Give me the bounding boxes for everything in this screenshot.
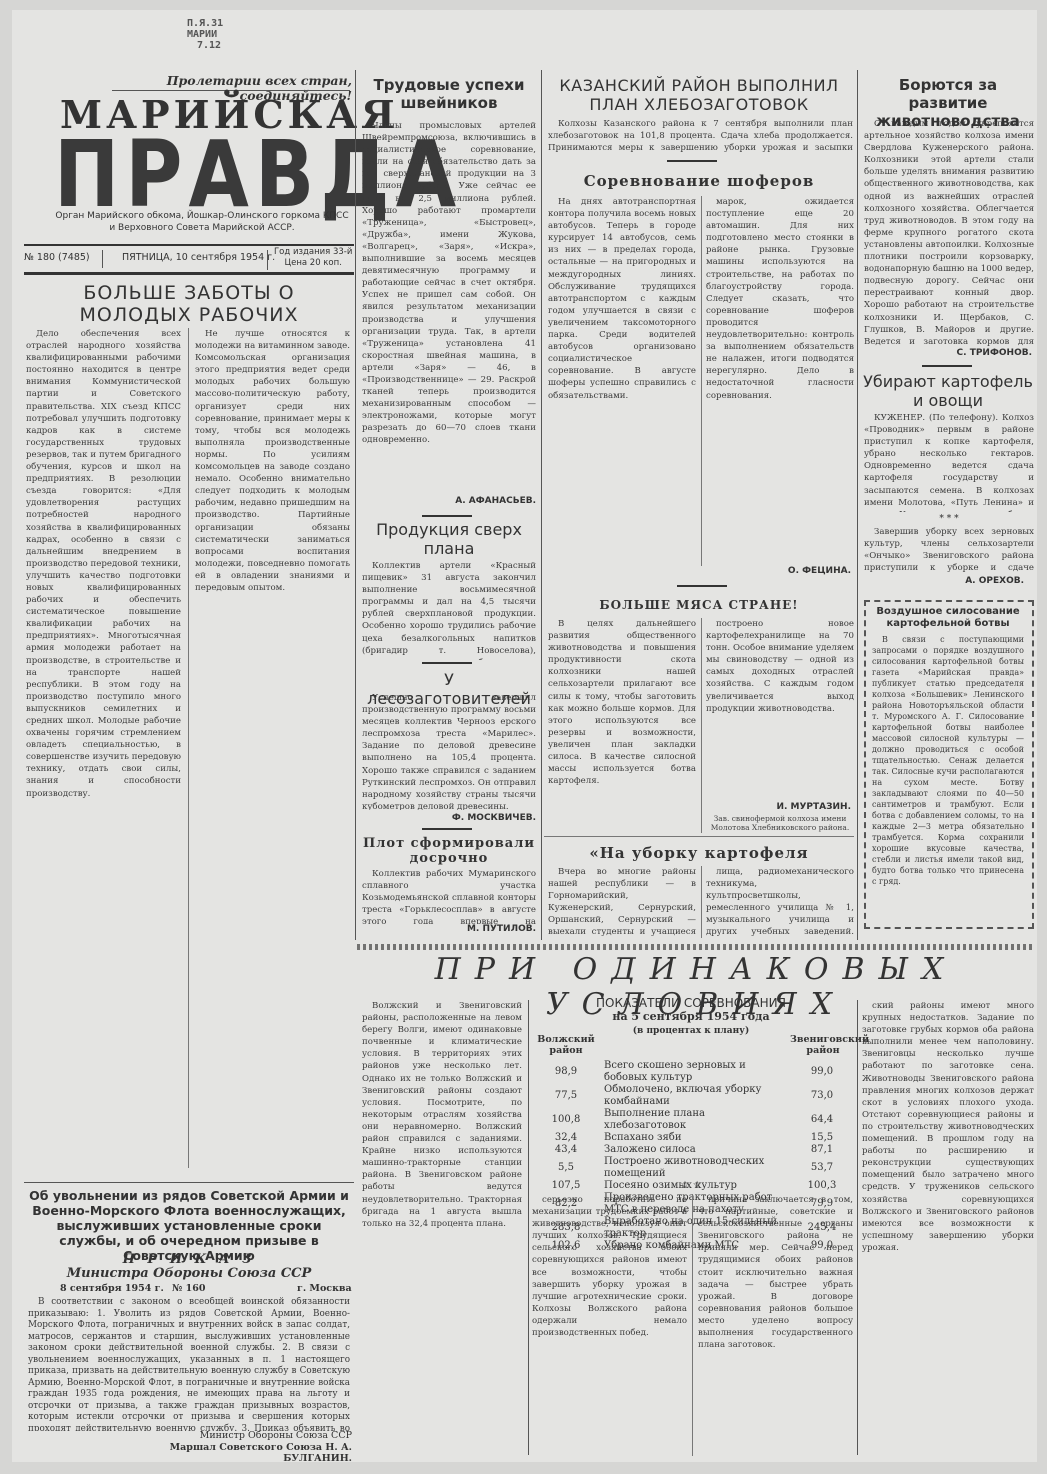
- masthead-organ: Орган Марийского обкома, Йошкар-Олинског…: [52, 210, 352, 234]
- article-drivers-col2: марок, ожидается поступление еще 20 авто…: [706, 196, 854, 548]
- value-zvenigovsky: 73,0: [788, 1084, 856, 1108]
- headline-kazansky: КАЗАНСКИЙ РАЙОН ВЫПОЛНИЛ ПЛАН ХЛЕБОЗАГОТ…: [544, 76, 854, 114]
- publication-info: Год издания 33-й Цена 20 коп.: [274, 247, 352, 269]
- value-zvenigovsky: 64,4: [788, 1108, 856, 1132]
- article-young-workers-col2: Не лучше относятся к молодежи на витамин…: [195, 328, 350, 1168]
- value-volzhsky: 32,4: [532, 1132, 600, 1144]
- article-equal-conditions-center1: серьезно поработать по механизации трудо…: [532, 1194, 687, 1456]
- issue-date: ПЯТНИЦА, 10 сентября 1954 г.: [122, 252, 275, 263]
- table-title: ПОКАЗАТЕЛИ СОРЕВНОВАНИЯ: [532, 996, 850, 1010]
- headline-potato-harvest: «На уборку картофеля: [544, 844, 854, 862]
- signature-note-meat: Зав. свинофермой колхоза имени Молотова …: [706, 814, 854, 832]
- value-zvenigovsky: 99,0: [788, 1060, 856, 1084]
- article-raft: Коллектив рабочих Мумаринского сплавного…: [362, 868, 536, 924]
- value-volzhsky: 98,9: [532, 1060, 600, 1084]
- table-row: 5,5Построено животноводческих помещений5…: [532, 1156, 856, 1180]
- signature-shoemakers: А. АФАНАСЬЕВ.: [362, 496, 536, 506]
- article-potato-harvest-col2: лища, радиомеханического техникума, куль…: [706, 866, 854, 938]
- article-equal-conditions-right: ский районы имеют много крупных недостат…: [862, 1000, 1034, 1455]
- article-young-workers-col1: Дело обеспечения всех отраслей народного…: [26, 328, 181, 1178]
- stamp-line: МАРИИ: [187, 29, 223, 40]
- headline-line: ПЛАН ХЛЕБОЗАГОТОВОК: [544, 95, 854, 114]
- article-potatoes-vegetables: КУЖЕНЕР. (По телефону). Колхоз «Проводни…: [864, 412, 1034, 512]
- article-meat-col2: построено новое картофелехранилище на 70…: [706, 618, 854, 798]
- signature-raft: М. ПУТИЛОВ.: [362, 924, 536, 934]
- price: Цена 20 коп.: [274, 258, 352, 269]
- order-subtitle: Министра Обороны Союза ССР: [26, 1266, 352, 1281]
- headline-above-plan: Продукция сверх плана: [360, 520, 538, 558]
- table-date: на 5 сентября 1954 года: [532, 1010, 850, 1023]
- table-row: 98,9Всего скошено зерновых и бобовых кул…: [532, 1060, 856, 1084]
- signature-potatoes: А. ОРЕХОВ.: [864, 576, 1024, 586]
- article-equal-conditions-center2: причина заключается в том, что партийные…: [698, 1194, 853, 1456]
- signature-drivers: О. ФЕЦИНА.: [706, 566, 851, 576]
- value-volzhsky: 100,8: [532, 1108, 600, 1132]
- table-row: 100,8Выполнение плана хлебозаготовок64,4: [532, 1108, 856, 1132]
- article-equal-conditions-left: Волжский и Звениговский районы, располож…: [362, 1000, 522, 1452]
- headline-young-workers: БОЛЬШЕ ЗАБОТЫ О МОЛОДЫХ РАБОЧИХ: [24, 282, 354, 326]
- table-stars: ☆ ☆: [532, 1180, 850, 1191]
- headline-silage: Воздушное силосование картофельной ботвы: [870, 606, 1026, 630]
- value-zvenigovsky: 15,5: [788, 1132, 856, 1144]
- order-signer-title: Министр Обороны Союза ССР: [162, 1430, 352, 1441]
- indicator-label: Выполнение плана хлебозаготовок: [600, 1108, 788, 1132]
- headline-shoemakers: Трудовые успехи швейников: [360, 76, 538, 112]
- issue-number: № 180 (7485): [24, 252, 90, 263]
- order-signer: Маршал Советского Союза Н. А. БУЛГАНИН.: [112, 1442, 352, 1464]
- stars-separator: * * *: [864, 514, 1034, 524]
- organ-line: и Верховного Совета Марийской АССР.: [52, 222, 352, 234]
- article-shoemakers: Члены промысловых артелей Швейремпромсою…: [362, 120, 536, 492]
- article-meat-col1: В целях дальнейшего развития общественно…: [548, 618, 696, 830]
- article-kazansky: Колхозы Казанского района к 7 сентября в…: [548, 118, 853, 154]
- order-date: 8 сентября 1954 г.: [60, 1283, 164, 1294]
- article-potatoes-vegetables-2: Завершив уборку всех зерновых культур, ч…: [864, 526, 1034, 574]
- order-number: № 160: [172, 1283, 205, 1294]
- stamp-line: 7.12: [187, 40, 223, 51]
- newspaper-page: П.Я.31 МАРИИ 7.12 Пролетарии всех стран,…: [12, 10, 1037, 1462]
- signature-livestock: С. ТРИФОНОВ.: [864, 348, 1032, 358]
- headline-meat: БОЛЬШЕ МЯСА СТРАНЕ!: [544, 598, 854, 612]
- table-row: 77,5Обмолочено, включая уборку комбайнам…: [532, 1084, 856, 1108]
- indicator-label: Заложено силоса: [600, 1144, 788, 1156]
- library-stamp: П.Я.31 МАРИИ 7.12: [187, 18, 223, 51]
- value-volzhsky: 77,5: [532, 1084, 600, 1108]
- signature-loggers: Ф. МОСКВИЧЕВ.: [362, 813, 536, 823]
- table-row: 32,4Вспахано зяби15,5: [532, 1132, 856, 1144]
- value-volzhsky: 5,5: [532, 1156, 600, 1180]
- article-drivers-col1: На днях автотранспортная контора получил…: [548, 196, 696, 560]
- order-title: П Р И К А З: [26, 1252, 352, 1267]
- indicator-label: Обмолочено, включая уборку комбайнами: [600, 1084, 788, 1108]
- headline-drivers: Соревнование шоферов: [544, 172, 854, 190]
- article-silage: В связи с поступающими запросами о поряд…: [872, 634, 1024, 918]
- col-header-zvenigovsky: Звениговский район: [790, 1034, 856, 1056]
- article-above-plan: Коллектив артели «Красный пищевик» 31 ав…: [362, 560, 536, 660]
- indicator-label: Вспахано зяби: [600, 1132, 788, 1144]
- order-text: В соответствии с законом о всеобщей воин…: [28, 1297, 350, 1431]
- table-row: 43,4Заложено силоса87,1: [532, 1144, 856, 1156]
- indicator-label: Всего скошено зерновых и бобовых культур: [600, 1060, 788, 1084]
- order-city: г. Москва: [297, 1283, 352, 1294]
- headline-line: КАЗАНСКИЙ РАЙОН ВЫПОЛНИЛ: [544, 76, 854, 95]
- col-header-volzhsky: Волжский район: [536, 1034, 596, 1056]
- year-of-publication: Год издания 33-й: [274, 247, 352, 258]
- article-loggers: Успешно завершил производственную програ…: [362, 692, 536, 810]
- value-volzhsky: 43,4: [532, 1144, 600, 1156]
- value-zvenigovsky: 87,1: [788, 1144, 856, 1156]
- article-potato-harvest-col1: Вчера во многие районы нашей республики …: [548, 866, 696, 938]
- stamp-line: П.Я.31: [187, 18, 223, 29]
- headline-raft: Плот сформировали досрочно: [360, 836, 538, 866]
- indicator-label: Построено животноводческих помещений: [600, 1156, 788, 1180]
- signature-meat: И. МУРТАЗИН.: [706, 802, 851, 812]
- value-zvenigovsky: 53,7: [788, 1156, 856, 1180]
- article-livestock: С каждым годом укрепляется артельное хоз…: [864, 118, 1034, 346]
- organ-line: Орган Марийского обкома, Йошкар-Олинског…: [52, 210, 352, 222]
- headline-potatoes-vegetables: Убирают картофель и овощи: [862, 372, 1034, 410]
